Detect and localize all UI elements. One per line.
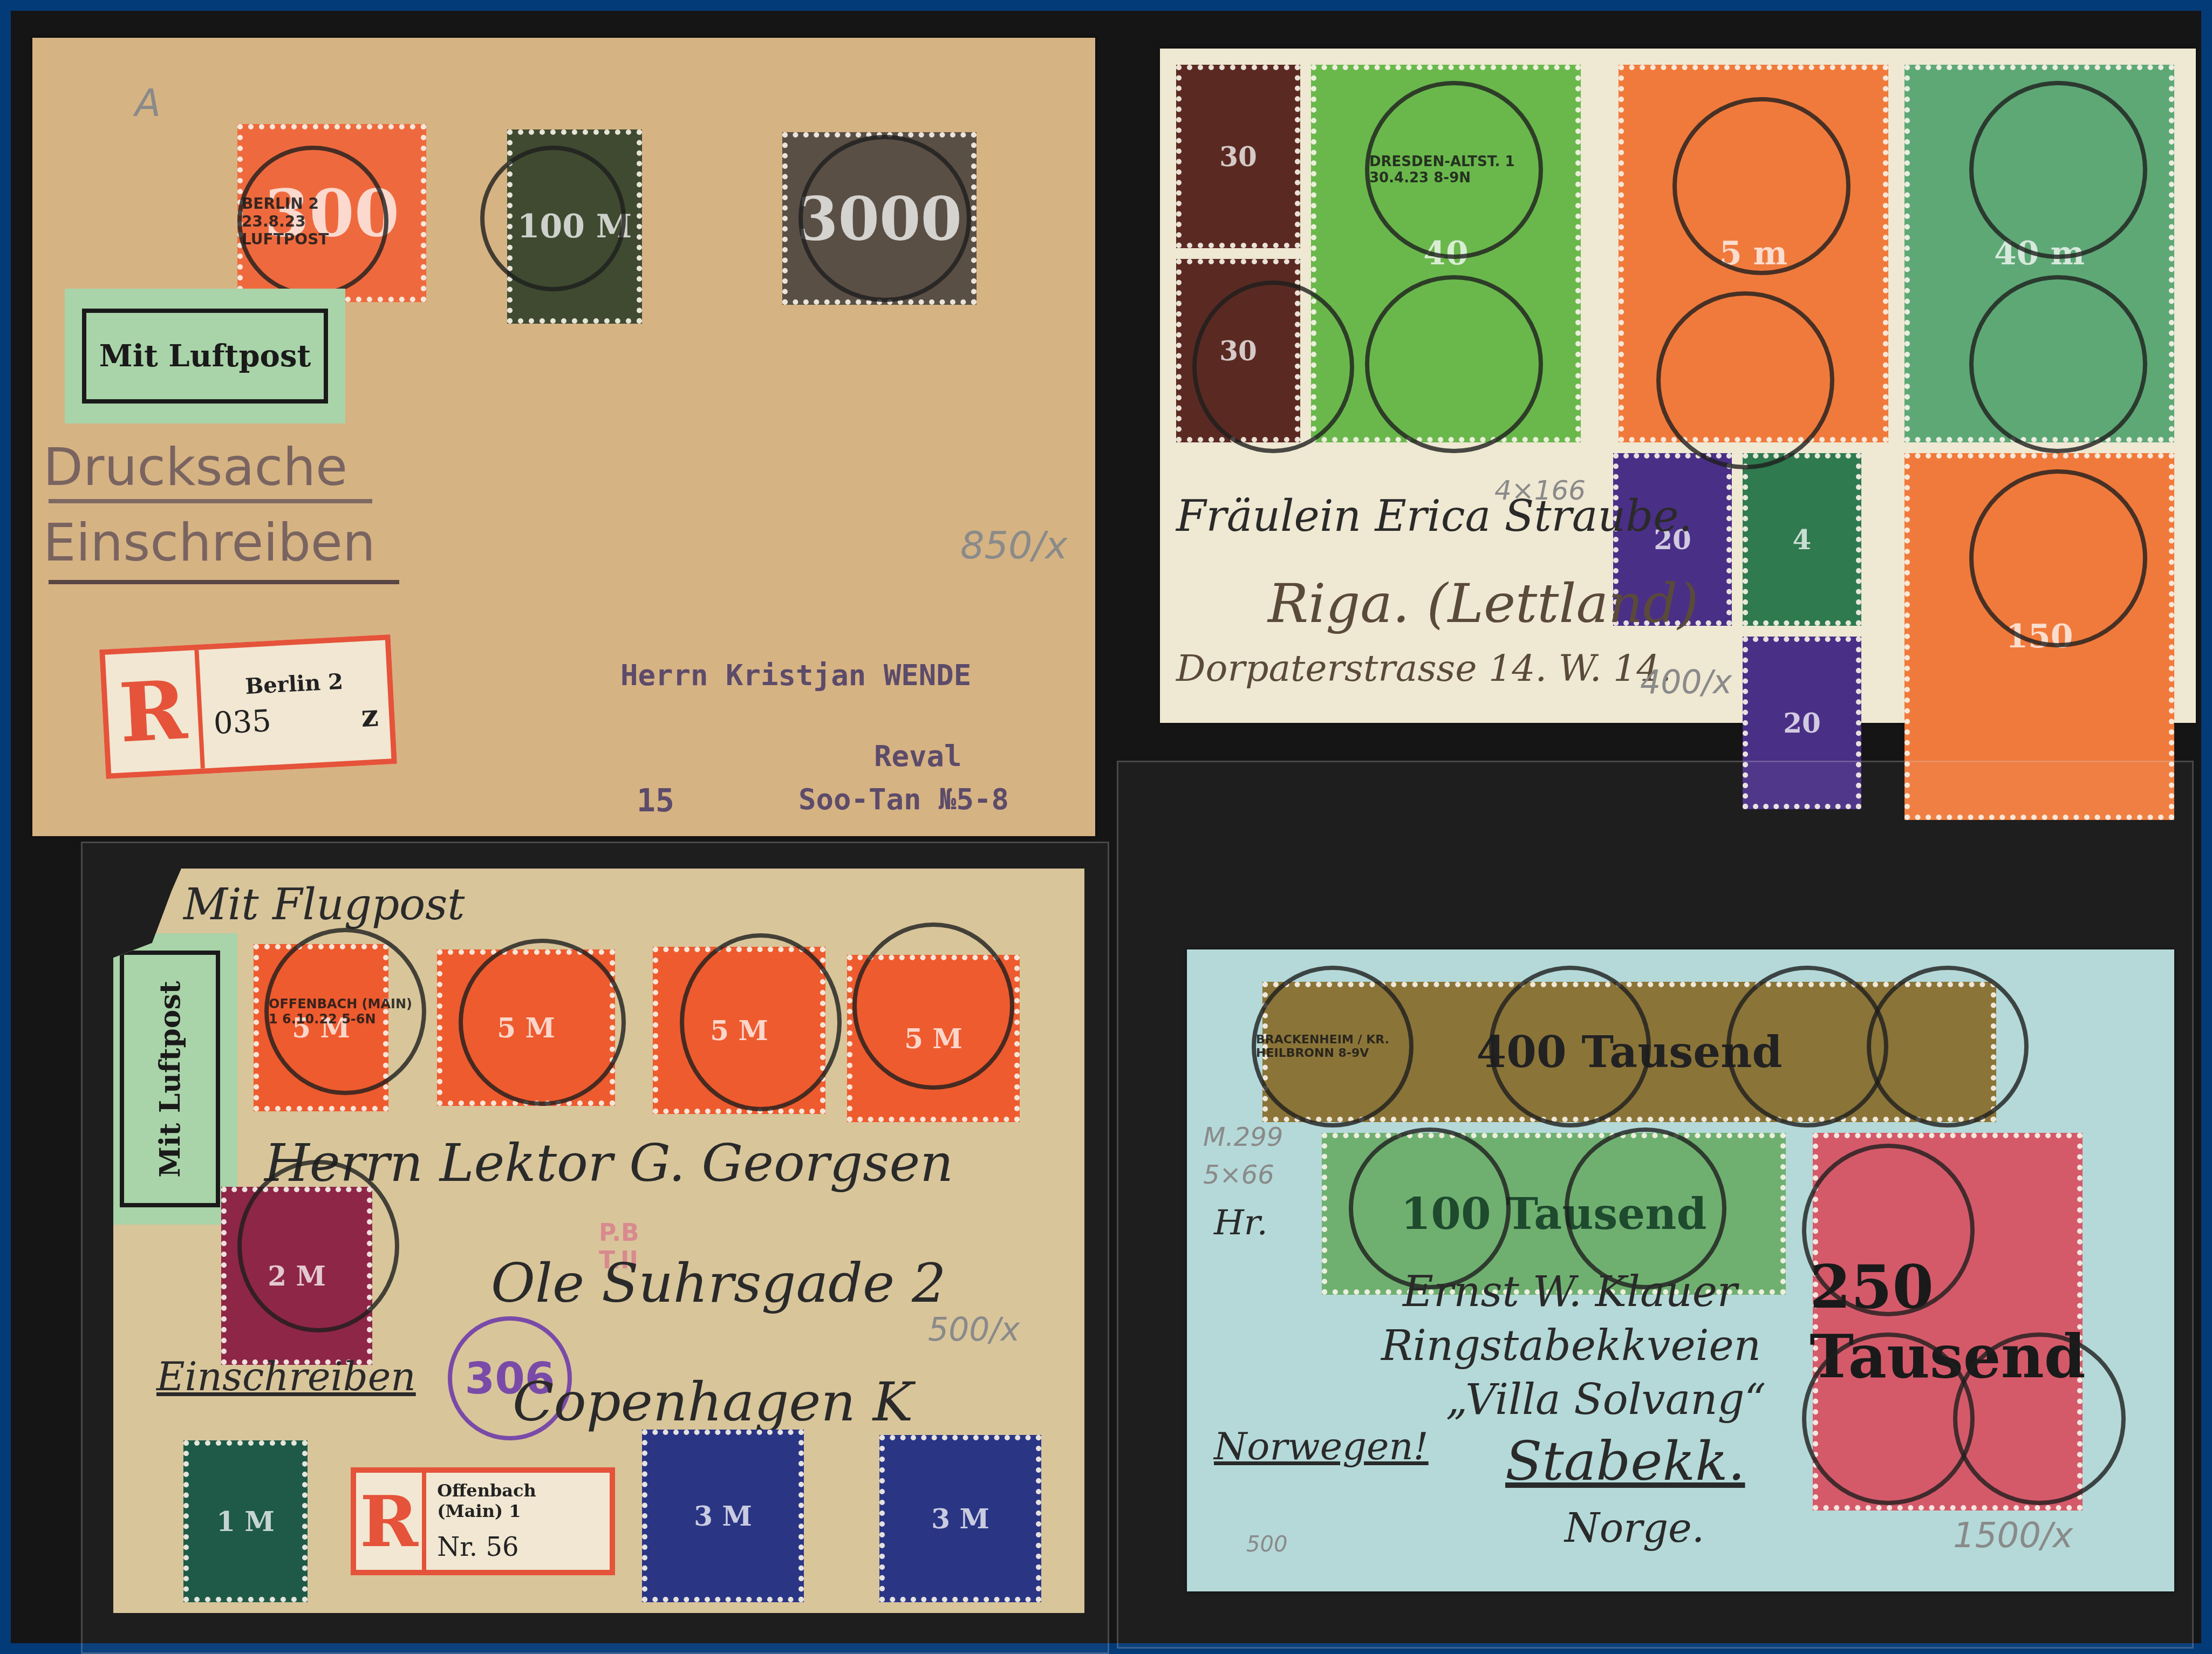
pencil-note-price: 400/x bbox=[1640, 664, 1732, 701]
address-name: Fräulein Erica Straube. bbox=[1176, 491, 1692, 541]
airmail-label-vertical: Mit Luftpost bbox=[103, 933, 237, 1225]
postmark-brackenheim-7 bbox=[1802, 1144, 1975, 1316]
address-line-4: Stabekk. bbox=[1505, 1430, 1745, 1493]
cover-berlin: A 300 BERLIN 2 23.8.23 LUFTPOST 100 M 30… bbox=[32, 38, 1095, 836]
handwritten-einschreiben: Einschreiben bbox=[156, 1354, 416, 1399]
stamp-30-a: 30 bbox=[1176, 65, 1300, 248]
pencil-note-m299: M.299 bbox=[1203, 1122, 1283, 1152]
postmark-brackenheim-4 bbox=[1867, 966, 2029, 1127]
address-street: Dorpaterstrasse 14. W. 14. bbox=[1176, 647, 1671, 690]
postmark-berlin: BERLIN 2 23.8.23 LUFTPOST bbox=[237, 146, 388, 297]
registration-label: R Offenbach (Main) 1 Nr. 56 bbox=[351, 1467, 615, 1575]
postmark-offenbach-2 bbox=[459, 939, 626, 1106]
handstamp-rule bbox=[49, 499, 372, 503]
pencil-note-price: 500/x bbox=[928, 1311, 1020, 1349]
address-line-3: Copenhagen K bbox=[513, 1370, 913, 1433]
address-line-2: Reval bbox=[874, 739, 962, 773]
pencil-note-500: 500 bbox=[1246, 1532, 1287, 1557]
address-line-3: „Villa Solvang“ bbox=[1446, 1376, 1766, 1424]
postmark-dresden-6 bbox=[1969, 275, 2147, 453]
stamp-4: 4 bbox=[1743, 453, 1861, 626]
address-line-4: Soo-Tan №5-8 bbox=[798, 782, 1009, 816]
postmark-dresden-2 bbox=[1365, 275, 1543, 453]
postmark-brackenheim-6 bbox=[1565, 1127, 1726, 1289]
handstamp-rule-2 bbox=[49, 580, 399, 584]
cover-offenbach: Mit Flugpost 5 M 5 M 5 M 5 M OFFENBACH (… bbox=[113, 869, 1084, 1613]
postmark-berlin-3 bbox=[798, 135, 971, 302]
address-line-2: Ringstabekkveien bbox=[1381, 1322, 1761, 1370]
postmark-offenbach-4 bbox=[852, 922, 1014, 1090]
postmark-brackenheim-5 bbox=[1349, 1127, 1511, 1289]
reg-office: Berlin 2 bbox=[211, 667, 377, 701]
postmark-dresden-4 bbox=[1656, 291, 1834, 469]
reg-office: Offenbach (Main) 1 bbox=[437, 1480, 599, 1521]
registration-label: R Berlin 2 035 z bbox=[99, 634, 397, 779]
reg-suffix: z bbox=[360, 698, 379, 734]
postmark-brackenheim-8 bbox=[1802, 1332, 1975, 1505]
address-line-1: Herrn Kristjan WENDE bbox=[620, 658, 971, 692]
postmark-dresden-3 bbox=[1672, 97, 1851, 275]
stamp-3m-2: 3 M bbox=[879, 1435, 1041, 1602]
cover-dresden: 30 30 40 5 m 40 m 20 4 20 150 DRESDEN-AL… bbox=[1160, 49, 2196, 723]
postmark-dresden-8 bbox=[1192, 281, 1354, 453]
reg-number: 035 bbox=[213, 703, 272, 742]
address-line-1: Ernst W. Klauer bbox=[1403, 1268, 1737, 1316]
header-flugpost: Mit Flugpost bbox=[183, 879, 465, 929]
address-line-5: Norge. bbox=[1565, 1505, 1704, 1552]
reg-number: Nr. 56 bbox=[437, 1532, 599, 1562]
postmark-berlin-2 bbox=[480, 146, 626, 291]
album-background: A 300 BERLIN 2 23.8.23 LUFTPOST 100 M 30… bbox=[11, 11, 2201, 1643]
address-line-2: Ole Suhrsgade 2 bbox=[491, 1252, 946, 1315]
address-hr: Hr. bbox=[1214, 1203, 1268, 1243]
address-line-3: 15 bbox=[637, 782, 674, 819]
handstamp-drucksache: Drucksache bbox=[43, 437, 347, 497]
postmark-brackenheim-9 bbox=[1953, 1332, 2126, 1505]
stamp-1m: 1 M bbox=[183, 1440, 308, 1602]
address-country-de: Norwegen! bbox=[1214, 1424, 1429, 1468]
postmark-offenbach-1: OFFENBACH (MAIN) 1 6.10.22 5-6N bbox=[264, 928, 426, 1095]
pencil-note-price: 1500/x bbox=[1953, 1516, 2073, 1556]
postmark-dresden-1: DRESDEN-ALTST. 1 30.4.23 8-9N bbox=[1365, 81, 1543, 259]
price-note: 850/x bbox=[960, 523, 1068, 568]
postmark-brackenheim-2 bbox=[1489, 966, 1651, 1127]
address-city: Riga. (Lettland) bbox=[1268, 572, 1699, 635]
postmark-dresden-7 bbox=[1969, 469, 2147, 647]
handstamp-einschreiben: Einschreiben bbox=[43, 512, 376, 573]
postmark-offenbach-5 bbox=[237, 1160, 399, 1332]
postmark-brackenheim-3 bbox=[1726, 966, 1888, 1127]
stamp-3m-1: 3 M bbox=[642, 1430, 804, 1602]
corner-mark: A bbox=[135, 81, 161, 125]
postmark-dresden-5 bbox=[1969, 81, 2147, 259]
postmark-brackenheim-1: BRACKENHEIM / KR. HEILBRONN 8-9V bbox=[1252, 966, 1414, 1127]
pencil-note-5x66: 5×66 bbox=[1203, 1160, 1274, 1190]
cover-brackenheim: 400 Tausend BRACKENHEIM / KR. HEILBRONN … bbox=[1187, 949, 2174, 1591]
airmail-label: Mit Luftpost bbox=[65, 289, 345, 423]
postmark-offenbach-3 bbox=[680, 933, 842, 1111]
